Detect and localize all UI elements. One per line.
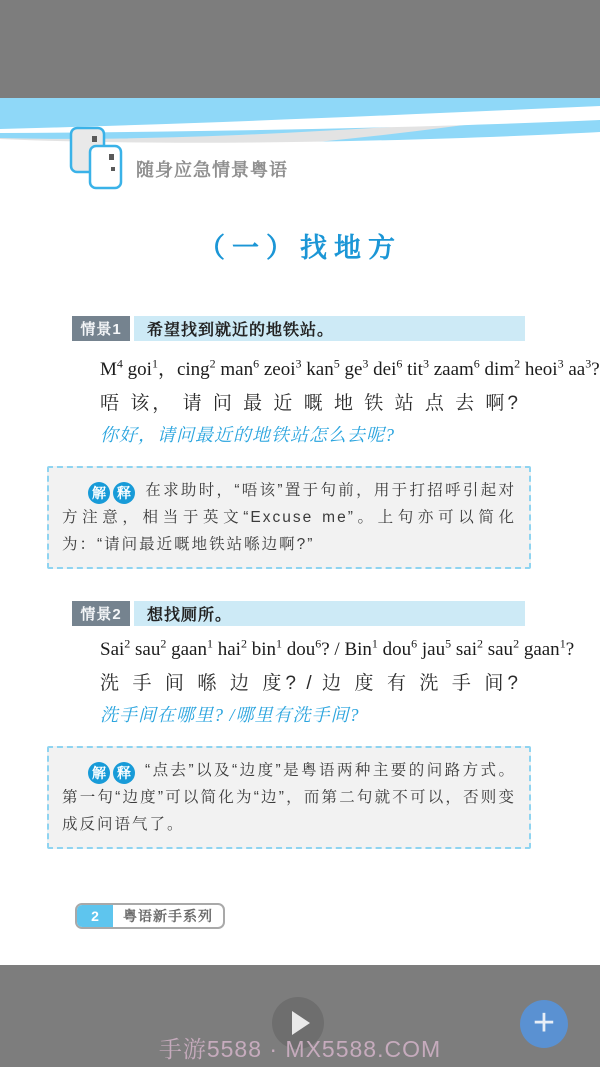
scene-1-note-box: 解释在求助时，“唔该”置于句前，用于打招呼引起对方注意，相当于英文“Excuse…	[47, 466, 531, 569]
scene-2-header: 情景2 想找厕所。	[72, 601, 525, 626]
scene-1-heading: 希望找到就近的地铁站。	[134, 316, 525, 341]
series-badge: 2 粤语新手系列	[75, 903, 225, 929]
scene-2-note: 解释“点去”以及“边度”是粤语两种主要的问路方式。第一句“边度”可以简化为“边”…	[62, 757, 516, 838]
faces-logo-icon	[68, 126, 128, 192]
watermark-text: 手游5588 · MX5588.COM	[0, 1031, 600, 1064]
scene-1-mandarin-translation: 你好，请问最近的地铁站怎么去呢?	[100, 421, 519, 447]
scene-2-note-box: 解释“点去”以及“边度”是粤语两种主要的问路方式。第一句“边度”可以简化为“边”…	[47, 746, 531, 849]
scene-2-body: Sai2 sau2 gaan1 hai2 bin1 dou6? / Bin1 d…	[100, 639, 519, 727]
scene-1-tag: 情景1	[72, 316, 130, 341]
note-badge-icon: 解	[88, 482, 110, 504]
page-number: 2	[77, 905, 113, 927]
scene-2: 情景2 想找厕所。 Sai2 sau2 gaan1 hai2 bin1 dou6…	[72, 601, 525, 849]
scene-1-body: M4 goi1，cing2 man6 zeoi3 kan5 ge3 dei6 t…	[100, 354, 519, 447]
page-title: （一）找地方	[0, 226, 600, 265]
scene-1-romanization: M4 goi1，cing2 man6 zeoi3 kan5 ge3 dei6 t…	[100, 354, 519, 381]
scene-1-header: 情景1 希望找到就近的地铁站。	[72, 316, 525, 341]
scene-2-mandarin-translation: 洗手间在哪里? /哪里有洗手间?	[100, 701, 519, 727]
app-title: 随身应急情景粤语	[136, 156, 288, 182]
scene-1-cantonese: 唔 该， 请 问 最 近 嘅 地 铁 站 点 去 啊?	[100, 388, 519, 415]
scene-2-cantonese: 洗 手 间 喺 边 度? / 边 度 有 洗 手 间?	[100, 668, 519, 695]
scene-1-note: 解释在求助时，“唔该”置于句前，用于打招呼引起对方注意，相当于英文“Excuse…	[62, 477, 516, 558]
note-badge-icon: 解	[88, 762, 110, 784]
book-page: 随身应急情景粤语 （一）找地方 情景1 希望找到就近的地铁站。 M4 goi1，…	[0, 98, 600, 965]
brand: 随身应急情景粤语	[68, 126, 288, 192]
scene-2-heading: 想找厕所。	[134, 601, 525, 626]
note-badge-icon: 释	[113, 762, 135, 784]
scene-1: 情景1 希望找到就近的地铁站。 M4 goi1，cing2 man6 zeoi3…	[72, 316, 525, 569]
note-badge-icon: 释	[113, 482, 135, 504]
scene-2-romanization: Sai2 sau2 gaan1 hai2 bin1 dou6? / Bin1 d…	[100, 639, 519, 661]
series-name: 粤语新手系列	[113, 905, 223, 927]
scene-2-tag: 情景2	[72, 601, 130, 626]
